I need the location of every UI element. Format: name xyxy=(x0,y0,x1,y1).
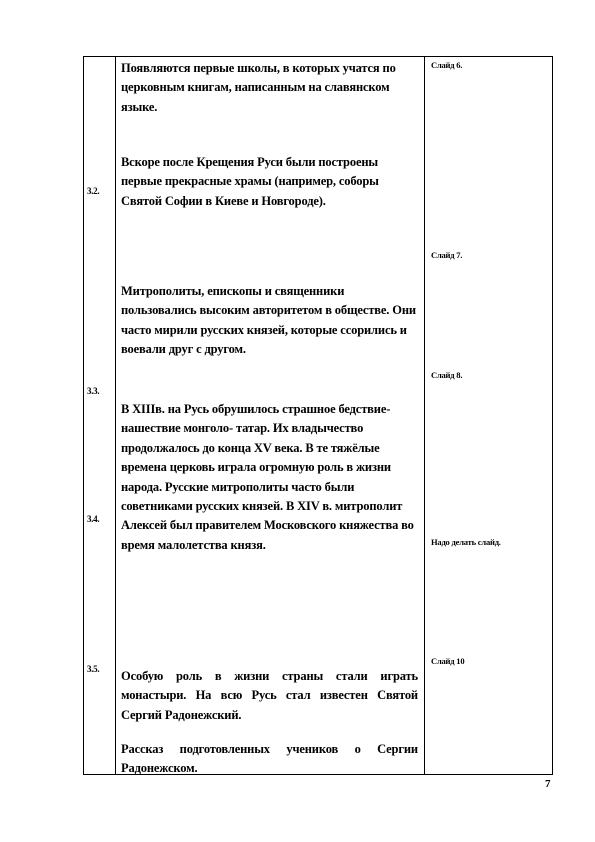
row-text-temples: Вскоре после Крещения Руси были построен… xyxy=(121,153,418,211)
page-number: 7 xyxy=(545,778,551,790)
row-note-slide-6: Слайд 6. xyxy=(431,60,462,70)
row-number-3-2: 3.2. xyxy=(87,186,99,196)
row-number-3-5: 3.5. xyxy=(87,664,99,674)
column-divider-number xyxy=(115,57,116,774)
row-note-slide-8: Слайд 8. xyxy=(431,370,462,380)
column-divider-notes xyxy=(424,57,425,774)
row-text-schools: Появляются первые школы, в которых учатс… xyxy=(121,59,418,117)
lesson-plan-table: Появляются первые школы, в которых учатс… xyxy=(83,56,553,775)
row-text-monasteries: Особую роль в жизни страны стали играть … xyxy=(121,667,418,725)
row-note-slide-7: Слайд 7. xyxy=(431,250,462,260)
row-number-3-3: 3.3. xyxy=(87,386,99,396)
row-number-3-4: 3.4. xyxy=(87,514,99,524)
row-text-metropolitans: Митрополиты, епископы и священники польз… xyxy=(121,282,418,360)
row-note-slide-10: Слайд 10 xyxy=(431,656,464,666)
row-note-make-slide: Надо делать слайд. xyxy=(431,537,501,547)
row-text-student-report: Рассказ подготовленных учеников о Сергии… xyxy=(121,740,418,779)
row-text-mongol-invasion: В XIIIв. на Русь обрушилось страшное бед… xyxy=(121,400,418,555)
